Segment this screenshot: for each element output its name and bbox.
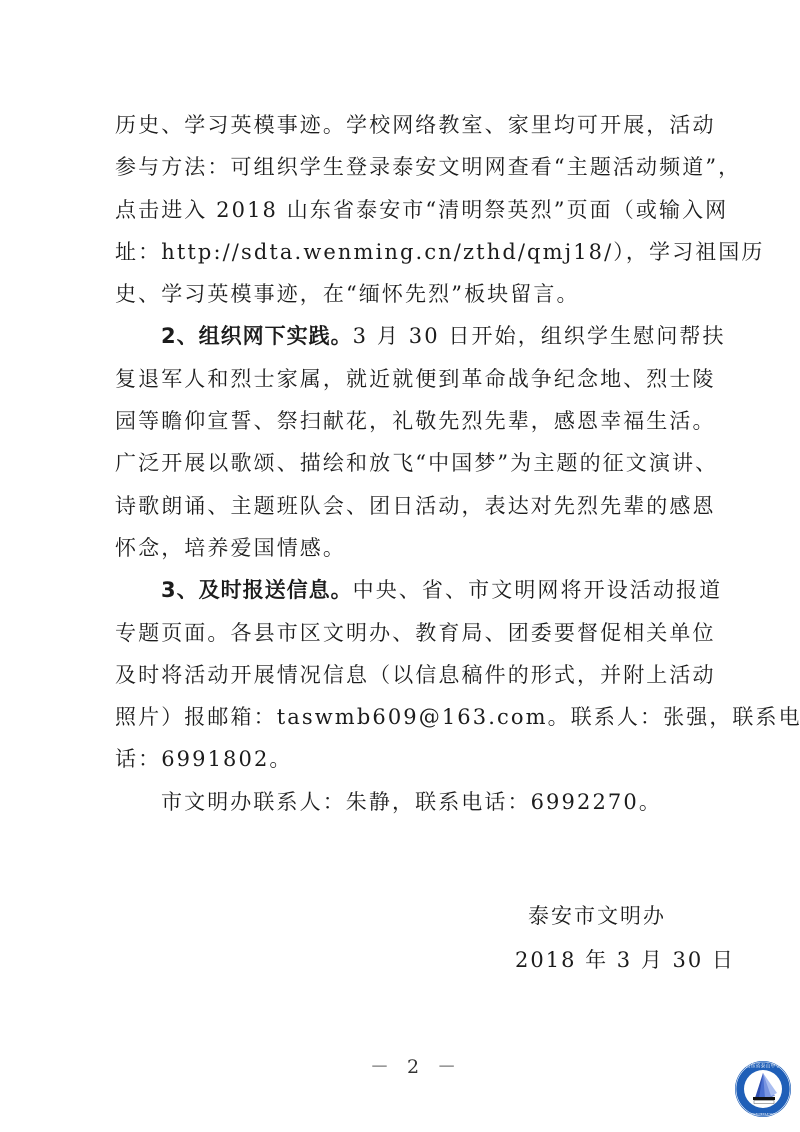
page-number: － 2 － bbox=[370, 1052, 462, 1079]
contact-line: 市文明办联系人：朱静，联系电话：6992270。 bbox=[115, 781, 695, 823]
section-2-text: 3 月 30 日开始，组织学生慰问帮扶 bbox=[353, 324, 726, 348]
section-3-first-line: 3、及时报送信息。中央、省、市文明网将开设活动报道 bbox=[115, 569, 695, 611]
text-line: 及时将活动开展情况信息（以信息稿件的形式，并附上活动 bbox=[115, 654, 695, 696]
section-3-text: 中央、省、市文明网将开设活动报道 bbox=[353, 578, 723, 602]
document-page: 历史、学习英模事迹。学校网络教室、家里均可开展，活动 参与方法：可组织学生登录泰… bbox=[0, 0, 800, 1132]
signature-date: 2018 年 3 月 30 日 bbox=[515, 944, 735, 974]
document-body: 历史、学习英模事迹。学校网络教室、家里均可开展，活动 参与方法：可组织学生登录泰… bbox=[115, 104, 695, 823]
signature-organization: 泰安市文明办 bbox=[528, 900, 666, 930]
section-2-heading: 2、组织网下实践。 bbox=[161, 324, 353, 348]
section-2-first-line: 2、组织网下实践。3 月 30 日开始，组织学生慰问帮扶 bbox=[115, 315, 695, 357]
text-line: 历史、学习英模事迹。学校网络教室、家里均可开展，活动 bbox=[115, 104, 695, 146]
svg-text:TAI SHAN MIDDLE SCHOOL: TAI SHAN MIDDLE SCHOOL bbox=[746, 1112, 781, 1116]
svg-text:山东省泰山中学: 山东省泰山中学 bbox=[745, 1063, 780, 1070]
text-line: 园等瞻仰宣誓、祭扫献花，礼敬先烈先辈，感恩幸福生活。 bbox=[115, 400, 695, 442]
text-line: 复退军人和烈士家属，就近就便到革命战争纪念地、烈士陵 bbox=[115, 358, 695, 400]
text-line: 怀念，培养爱国情感。 bbox=[115, 527, 695, 569]
school-emblem-icon: 山东省泰山中学 TAI SHAN MIDDLE SCHOOL bbox=[733, 1058, 793, 1120]
text-line: 址：http://sdta.wenming.cn/zthd/qmj18/），学习… bbox=[115, 231, 695, 273]
text-line: 话：6991802。 bbox=[115, 738, 695, 780]
text-line: 点击进入 2018 山东省泰安市“清明祭英烈”页面（或输入网 bbox=[115, 189, 695, 231]
text-line: 广泛开展以歌颂、描绘和放飞“中国梦”为主题的征文演讲、 bbox=[115, 442, 695, 484]
section-3-heading: 3、及时报送信息。 bbox=[161, 578, 353, 602]
text-line: 参与方法：可组织学生登录泰安文明网查看“主题活动频道”， bbox=[115, 146, 695, 188]
text-line: 照片）报邮箱：taswmb609@163.com。联系人：张强，联系电 bbox=[115, 696, 695, 738]
text-line: 诗歌朗诵、主题班队会、团日活动，表达对先烈先辈的感恩 bbox=[115, 485, 695, 527]
text-line: 专题页面。各县市区文明办、教育局、团委要督促相关单位 bbox=[115, 612, 695, 654]
text-line: 史、学习英模事迹，在“缅怀先烈”板块留言。 bbox=[115, 273, 695, 315]
